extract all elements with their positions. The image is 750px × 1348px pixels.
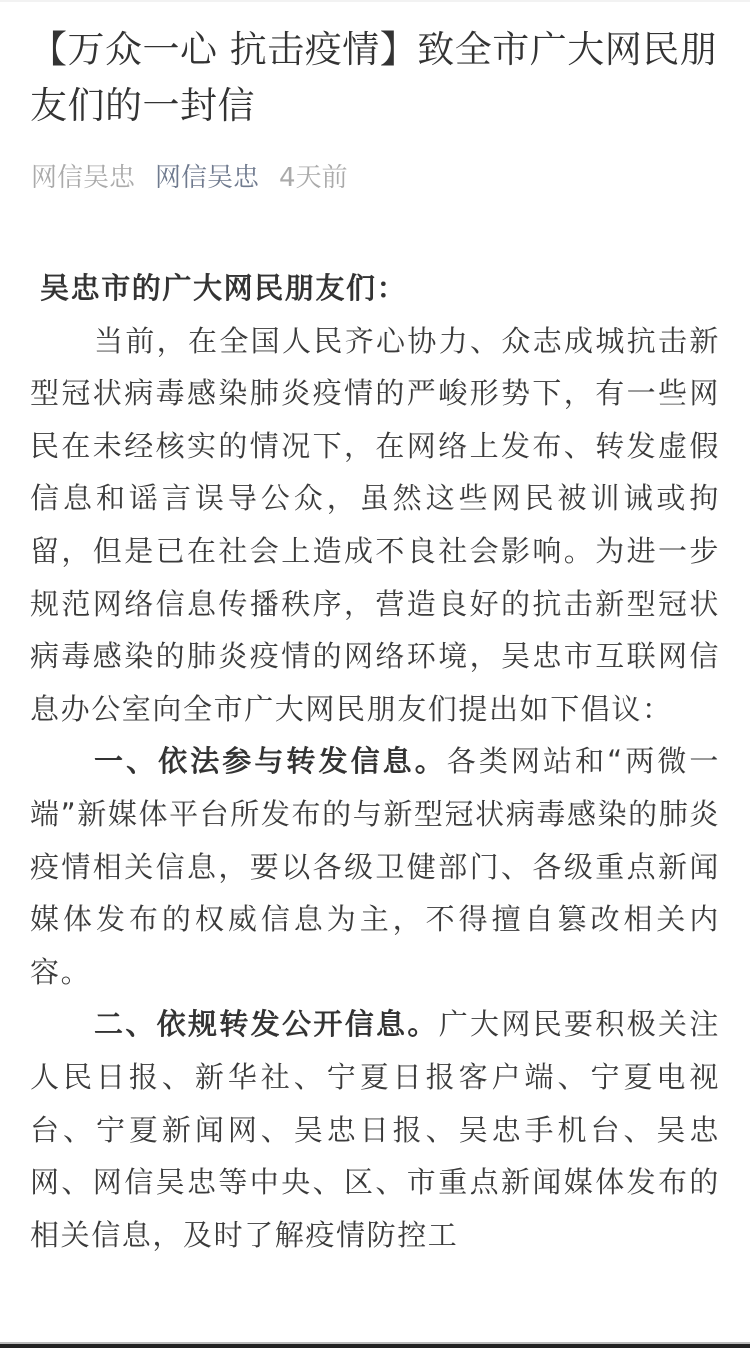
article-title: 【万众一心 抗击疫情】致全市广大网民朋友们的一封信 (30, 22, 730, 134)
paragraph-lead: 一、依法参与转发信息。 (94, 744, 447, 778)
top-divider (0, 0, 750, 2)
greeting: 吴忠市的广大网民朋友们： (30, 262, 720, 315)
bottom-edge (0, 1344, 750, 1348)
source-label: 网信吴忠 (31, 158, 135, 198)
paragraph-text: 广大网民要积极关注人民日报、新华社、宁夏日报客户端、宁夏电视台、宁夏新闻网、吴忠… (30, 1007, 720, 1251)
paragraph-item-1: 一、依法参与转发信息。各类网站和“两微一端”新媒体平台所发布的与新型冠状病毒感染… (30, 735, 720, 998)
article-meta: 网信吴忠 网信吴忠 4天前 (31, 158, 348, 198)
paragraph-text: 当前，在全国人民齐心协力、众志成城抗击新型冠状病毒感染肺炎疫情的严峻形势下，有一… (30, 324, 720, 726)
paragraph-text: 各类网站和“两微一端”新媒体平台所发布的与新型冠状病毒感染的肺炎疫情相关信息，要… (30, 744, 720, 988)
article-body: 吴忠市的广大网民朋友们： 当前，在全国人民齐心协力、众志成城抗击新型冠状病毒感染… (30, 262, 720, 1261)
publish-time: 4天前 (279, 158, 348, 198)
paragraph-lead: 二、依规转发公开信息。 (94, 1007, 439, 1041)
account-link[interactable]: 网信吴忠 (155, 158, 259, 198)
paragraph-intro: 当前，在全国人民齐心协力、众志成城抗击新型冠状病毒感染肺炎疫情的严峻形势下，有一… (30, 315, 720, 736)
paragraph-item-2: 二、依规转发公开信息。广大网民要积极关注人民日报、新华社、宁夏日报客户端、宁夏电… (30, 998, 720, 1261)
